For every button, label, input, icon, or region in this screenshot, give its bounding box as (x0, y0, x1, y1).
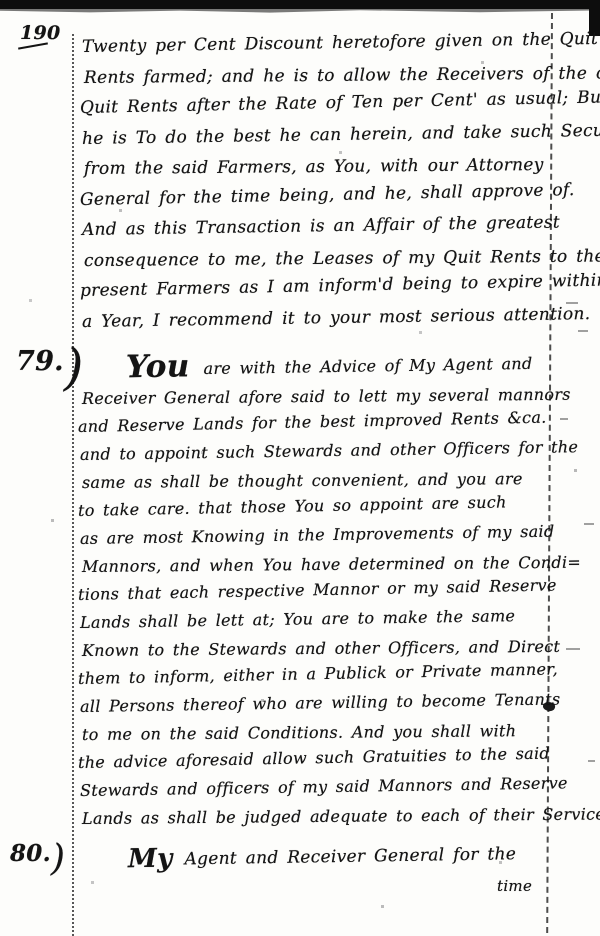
left-margin-rule (72, 34, 74, 936)
folio-number-text: 190 (20, 22, 61, 44)
paper-speckles (0, 0, 1, 1)
margin-mark (560, 418, 568, 420)
lead-word: My (128, 844, 173, 875)
marker-number: 79. (16, 346, 64, 377)
manuscript-page: 190 79.) 80.) Twenty per Cent Discount h… (0, 0, 600, 936)
catchword: time (497, 877, 532, 895)
marker-paren: ) (51, 838, 65, 879)
scan-edge-ragged (0, 9, 600, 13)
paragraph-80: MyAgent and Receiver General for the (82, 846, 552, 875)
manuscript-line: MyAgent and Receiver General for the (82, 839, 552, 875)
paragraph-190: Twenty per Cent Discount heretofore give… (82, 32, 558, 337)
paragraph-marker-80: 80.) (10, 840, 65, 867)
paragraph-marker-79: 79.) (16, 346, 84, 377)
margin-mark (588, 760, 595, 762)
margin-mark (566, 648, 580, 650)
margin-mark (578, 330, 588, 332)
marker-number: 80. (10, 840, 51, 867)
manuscript-line: And as this Transaction is an Affair of … (82, 208, 558, 246)
scan-edge-bar (0, 0, 600, 9)
paragraph-79: Youare with the Advice of My Agent and R… (80, 354, 558, 833)
lead-word: You (126, 348, 190, 385)
manuscript-line: Lands as shall be judged adequate to eac… (82, 801, 558, 833)
margin-mark (584, 523, 594, 525)
line-text: Agent and Receiver General for the (184, 844, 516, 869)
line-text: are with the Advice of My Agent and (203, 354, 532, 378)
manuscript-line: Youare with the Advice of My Agent and (80, 346, 558, 385)
manuscript-line: Twenty per Cent Discount heretofore give… (82, 25, 558, 63)
folio-number: 190 (20, 22, 61, 47)
